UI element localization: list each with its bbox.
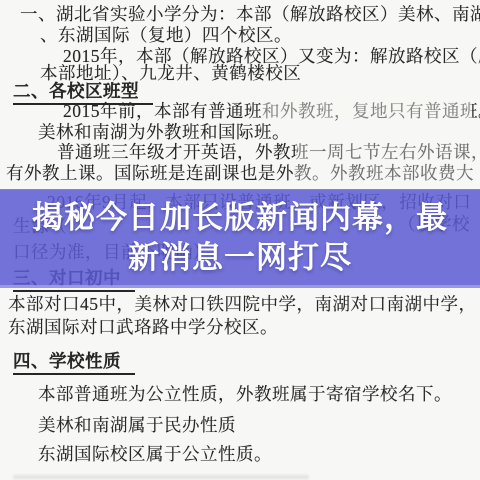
doc-line-nature-1: 本部普通班为公立性质，外教班属于寄宿学校名下。 — [38, 384, 452, 405]
doc-line-nature-2: 美林和南湖属于民办性质 — [38, 415, 236, 436]
doc-line-nature-3: 东湖国际校区属于公立性质。 — [38, 444, 272, 465]
doc-line-classtypes-2: 美林和南湖为外教班和国际班。 — [38, 122, 290, 143]
doc-line-classtypes-3: 普通班三年级才开英语，外教班一周七节左右外语课， — [57, 142, 480, 163]
headline-line-1: 揭秘今日加长版新闻内幕，最 — [0, 198, 480, 238]
section-heading-school-nature: 四、学校性质 — [13, 351, 135, 375]
doc-line-middleschool-2: 东湖国际对口武珞路中学分校区。 — [8, 317, 278, 338]
doc-line-classtypes-1: 2015年前，本部有普通班和外教班，复地只有普通班。 — [63, 101, 480, 122]
news-banner-headline: 揭秘今日加长版新闻内幕，最 新消息一网打尽 — [0, 198, 480, 278]
scanned-document-page: 一、湖北省实验小学分为：本部（解放路校区）美林、南湖 、东湖国际（复地）四个校区… — [0, 0, 480, 480]
doc-line-campuses-2: 、东湖国际（复地）四个校区。 — [40, 25, 292, 46]
page-bottom-smudge — [13, 475, 309, 479]
headline-line-2: 新消息一网打尽 — [0, 238, 480, 278]
doc-line-campuses-1: 一、湖北省实验小学分为：本部（解放路校区）美林、南湖 — [20, 4, 480, 25]
doc-line-classtypes-4: 有外教上课。国际班是连副课也是外教。外教班本部收费大 — [6, 163, 474, 184]
doc-line-middleschool-1: 本部对口45中，美林对口铁四院中学，南湖对口南湖中学， — [8, 294, 477, 315]
